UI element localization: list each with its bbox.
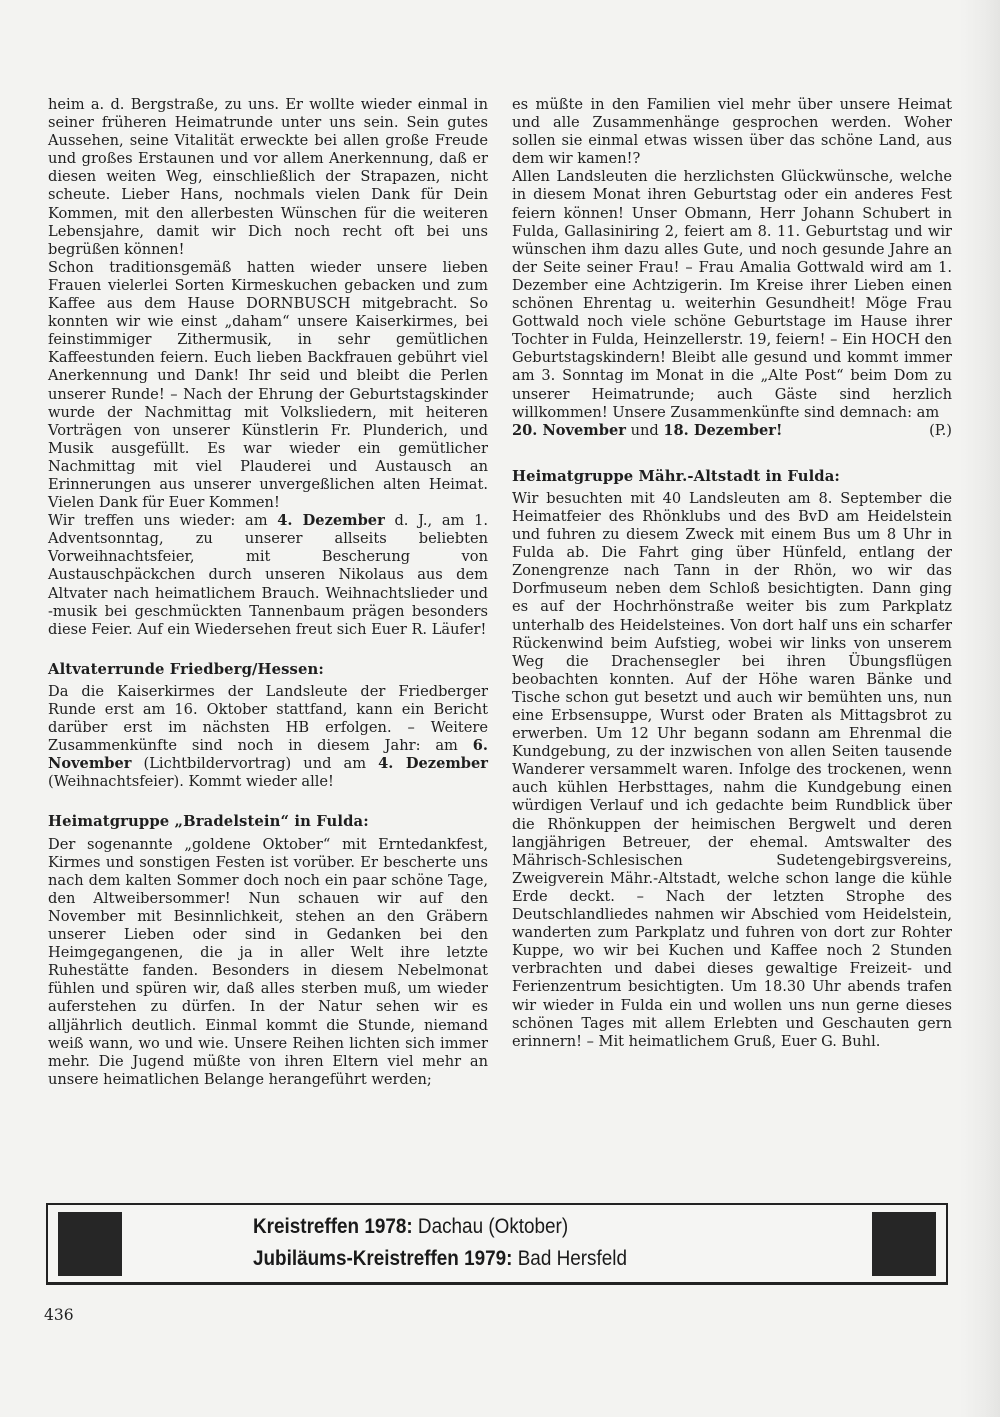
black-square-decoration bbox=[58, 1212, 122, 1276]
paragraph-bradelstein: Der sogenannte „goldene Oktober“ mit Ern… bbox=[48, 836, 488, 1089]
paragraph-next-meeting: Wir treffen uns wieder: am 4. Dezember d… bbox=[48, 512, 488, 639]
announcement-lines: Kreistreffen 1978: Dachau (Oktober) Jubi… bbox=[253, 1211, 627, 1275]
date-highlight: 20. November bbox=[512, 422, 626, 439]
announcement-box: Kreistreffen 1978: Dachau (Oktober) Jubi… bbox=[46, 1203, 948, 1285]
announcement-line-1978: Kreistreffen 1978: Dachau (Oktober) bbox=[253, 1211, 627, 1243]
paragraph-altstadt: Wir besuchten mit 40 Landsleuten am 8. S… bbox=[512, 490, 952, 1051]
paragraph-bradelstein-continued: es müßte in den Familien viel mehr über … bbox=[512, 96, 952, 168]
section-heading-bradelstein: Heimatgruppe „Bradelstein“ in Fulda: bbox=[48, 813, 488, 831]
date-highlight: 4. Dezember bbox=[277, 512, 385, 529]
announcement-line-1979: Jubiläums-Kreistreffen 1979: Bad Hersfel… bbox=[253, 1243, 627, 1275]
paragraph-visit-report: heim a. d. Bergstraße, zu uns. Er wollte… bbox=[48, 96, 488, 259]
paragraph-kirmes: Schon traditionsgemäß hatten wieder unse… bbox=[48, 259, 488, 512]
section-heading-friedberg: Altvaterrunde Friedberg/Hessen: bbox=[48, 661, 488, 679]
section-heading-altstadt: Heimatgruppe Mähr.-Altstadt in Fulda: bbox=[512, 468, 952, 486]
date-highlight: 4. Dezember bbox=[378, 755, 488, 772]
meeting-dates-line: 20. November und 18. Dezember! (P.) bbox=[512, 422, 952, 440]
date-highlight: 18. Dezember! bbox=[663, 422, 782, 439]
paragraph-friedberg: Da die Kaiserkirmes der Landsleute der F… bbox=[48, 683, 488, 792]
paragraph-birthday-wishes: Allen Landsleuten die herzlichsten Glück… bbox=[512, 168, 952, 421]
author-signature: (P.) bbox=[929, 422, 952, 440]
right-column: es müßte in den Familien viel mehr über … bbox=[512, 96, 952, 1051]
page-edge-shadow bbox=[960, 0, 1000, 1417]
page-number: 436 bbox=[44, 1306, 74, 1324]
left-column: heim a. d. Bergstraße, zu uns. Er wollte… bbox=[48, 96, 488, 1089]
black-square-decoration bbox=[872, 1212, 936, 1276]
